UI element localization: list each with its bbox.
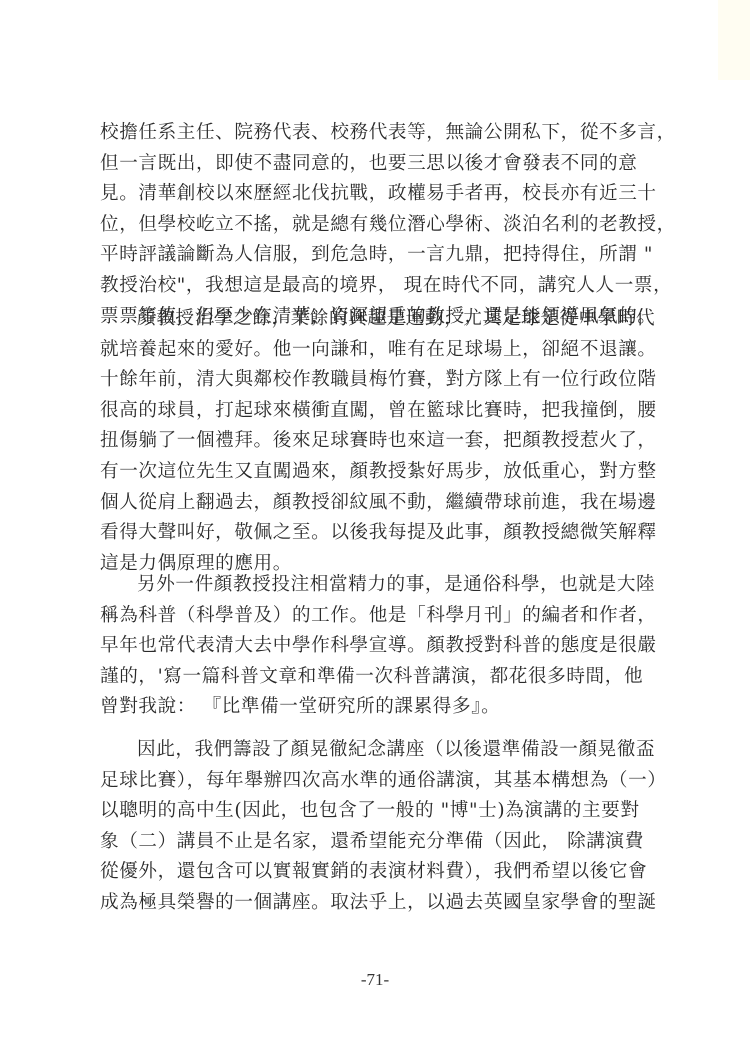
text-line: 個人從肩上翻過去，顏教授卻紋風不動，繼續帶球前進，我在場邊 xyxy=(100,488,657,519)
paragraph-memorial-lecture: 因此，我們籌設了顏晃徹紀念講座（以後還準備設一顏晃徹盃 足球比賽），每年舉辦四次… xyxy=(100,735,667,919)
text-line: 平時評議論斷為人信服，到危急時，一言九鼎，把持得住，所謂 " xyxy=(100,240,676,271)
paragraph-faculty-governance: 校擔任系主任、院務代表、校務代表等，無論公開私下，從不多言， 但一言既出，即使不… xyxy=(100,118,676,332)
text-line: 看得大聲叫好，敬佩之至。以後我每提及此事，顏教授總微笑解釋 xyxy=(100,518,657,549)
text-line: 顏教授治學之餘，業餘的興趣是運動，尤其足球是從中學時代 xyxy=(100,304,657,335)
text-line: 另外一件顏教授投注相當精力的事，是通俗科學，也就是大陸 xyxy=(100,570,657,601)
text-line: 以聰明的高中生(因此，也包含了一般的 "博"士)為演講的主要對 xyxy=(100,796,667,827)
text-line: 稱為科普（科學普及）的工作。他是「科學月刊」的編者和作者， xyxy=(100,601,657,632)
text-line: 就培養起來的愛好。他一向謙和，唯有在足球場上，卻絕不退讓。 xyxy=(100,335,657,366)
text-line: 從優外，還包含可以實報實銷的表演材料費），我們希望以後它會 xyxy=(100,857,667,888)
text-line: 因此，我們籌設了顏晃徹紀念講座（以後還準備設一顏晃徹盃 xyxy=(100,735,667,766)
paragraph-popular-science: 另外一件顏教授投注相當精力的事，是通俗科學，也就是大陸 稱為科普（科學普及）的工… xyxy=(100,570,657,723)
text-line: 早年也常代表清大去中學作科學宣導。顏教授對科普的態度是很嚴 xyxy=(100,631,657,662)
text-line: 成為極具榮譽的一個講座。取法乎上，以過去英國皇家學會的聖誕 xyxy=(100,888,667,919)
text-line: 曾對我說： 『比準備一堂研究所的課累得多』。 xyxy=(100,692,657,723)
text-line: 教授治校"，我想這是最高的境界， 現在時代不同，講究人人一票， xyxy=(100,271,676,302)
page-number: -71- xyxy=(0,970,750,990)
text-line: 象（二）講員不止是名家，還希望能充分準備（因此， 除講演費 xyxy=(100,827,667,858)
text-line: 但一言既出，即使不盡同意的，也要三思以後才會發表不同的意 xyxy=(100,149,676,180)
paragraph-football: 顏教授治學之餘，業餘的興趣是運動，尤其足球是從中學時代 就培養起來的愛好。他一向… xyxy=(100,304,657,579)
text-line: 有一次這位先生又直闖過來，顏教授紮好馬步，放低重心，對方整 xyxy=(100,457,657,488)
text-line: 校擔任系主任、院務代表、校務代表等，無論公開私下，從不多言， xyxy=(100,118,676,149)
text-line: 謹的，'寫一篇科普文章和準備一次科普講演，都花很多時間，他 xyxy=(100,662,657,693)
text-line: 見。清華創校以來歷經北伐抗戰，政權易手者再，校長亦有近三十 xyxy=(100,179,676,210)
text-line: 足球比賽），每年舉辦四次高水準的通俗講演，其基本構想為（一） xyxy=(100,766,667,797)
text-line: 扭傷躺了一個禮拜。後來足球賽時也來這一套，把顏教授惹火了， xyxy=(100,426,657,457)
text-line: 位，但學校屹立不搖，就是總有幾位潛心學術、淡泊名利的老教授， xyxy=(100,210,676,241)
text-line: 很高的球員，打起球來橫衝直闖，曾在籃球比賽時，把我撞倒，腰 xyxy=(100,396,657,427)
text-line: 十餘年前，清大與鄰校作教職員梅竹賽，對方隊上有一位行政位階 xyxy=(100,365,657,396)
scan-edge-tint xyxy=(718,0,750,80)
